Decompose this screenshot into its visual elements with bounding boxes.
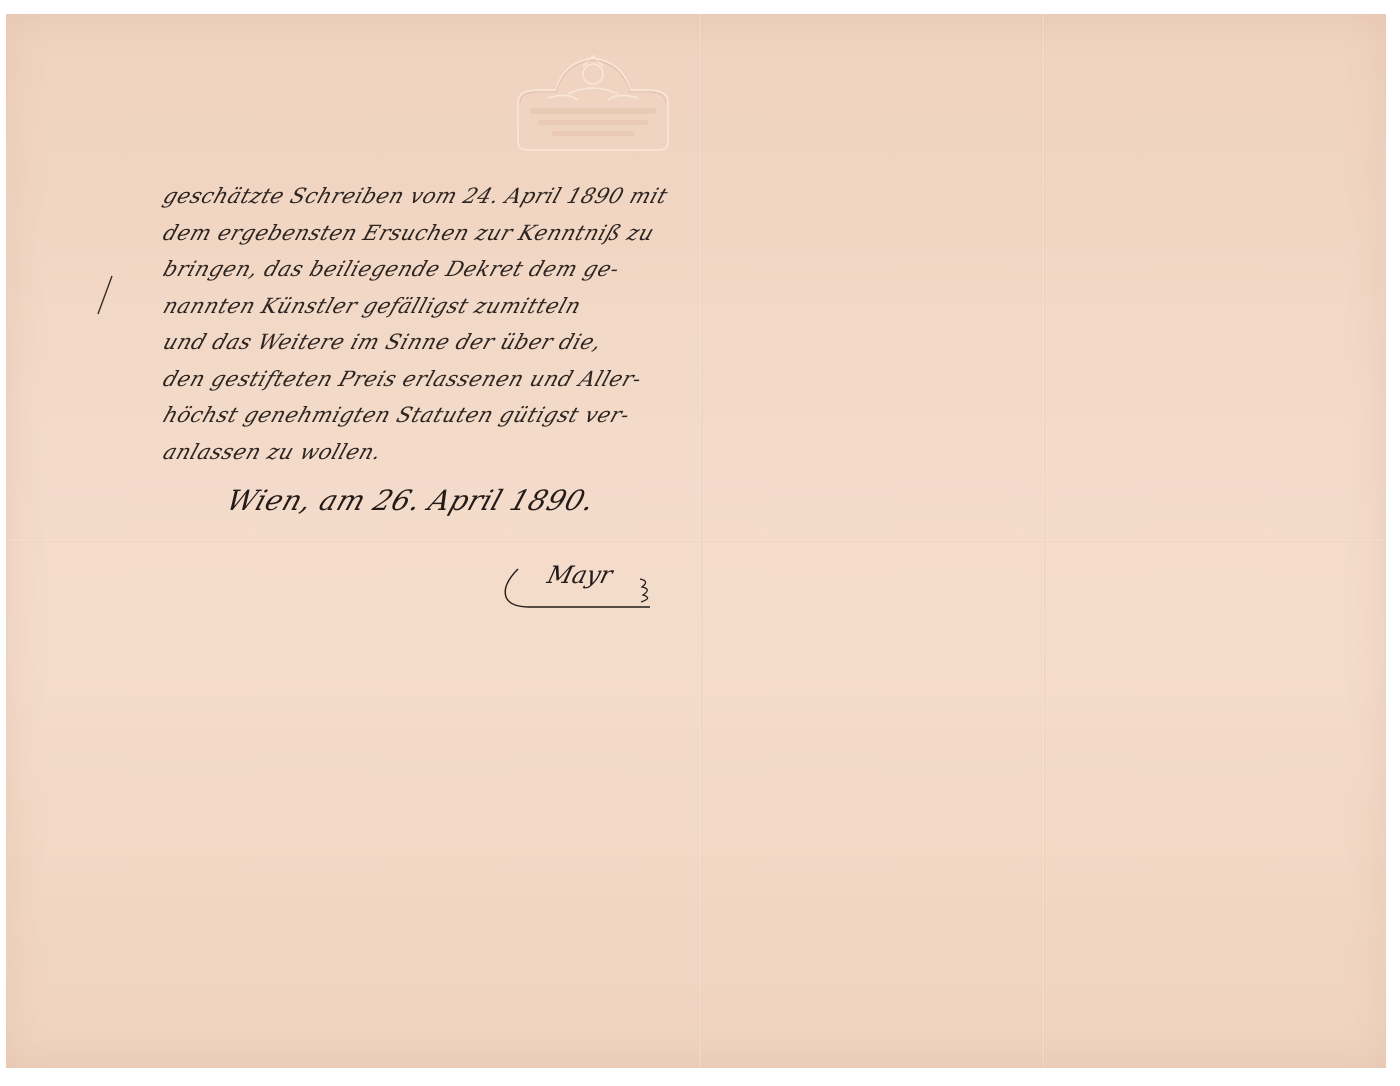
letter-sheet [6,14,1386,1068]
fold-line-horizontal [6,540,1386,542]
body-line: und das Weitere im Sinne der über die, [158,324,710,361]
letter-body: geschätzte Schreiben vom 24. April 1890 … [158,178,698,470]
body-line: geschätzte Schreiben vom 24. April 1890 … [158,178,710,215]
body-line: höchst genehmigten Statuten gütigst ver- [158,397,710,434]
crest-emblem-icon [508,42,678,152]
body-line: anlassen zu wollen. [158,434,710,471]
body-line: bringen, das beiliegende Dekret dem ge- [158,251,710,288]
body-line: nannten Künstler gefälligst zumitteln [158,288,710,325]
embossed-letterhead [508,42,678,152]
dateline: Wien, am 26. April 1890. [223,484,599,517]
margin-stroke-mark [90,270,120,320]
body-line: den gestifteten Preis erlassenen und All… [158,361,710,398]
signature-name: Mayr [545,561,616,589]
body-line: dem ergebensten Ersuchen zur Kenntniß zu [158,215,710,252]
signature-block: Mayr [500,555,660,625]
